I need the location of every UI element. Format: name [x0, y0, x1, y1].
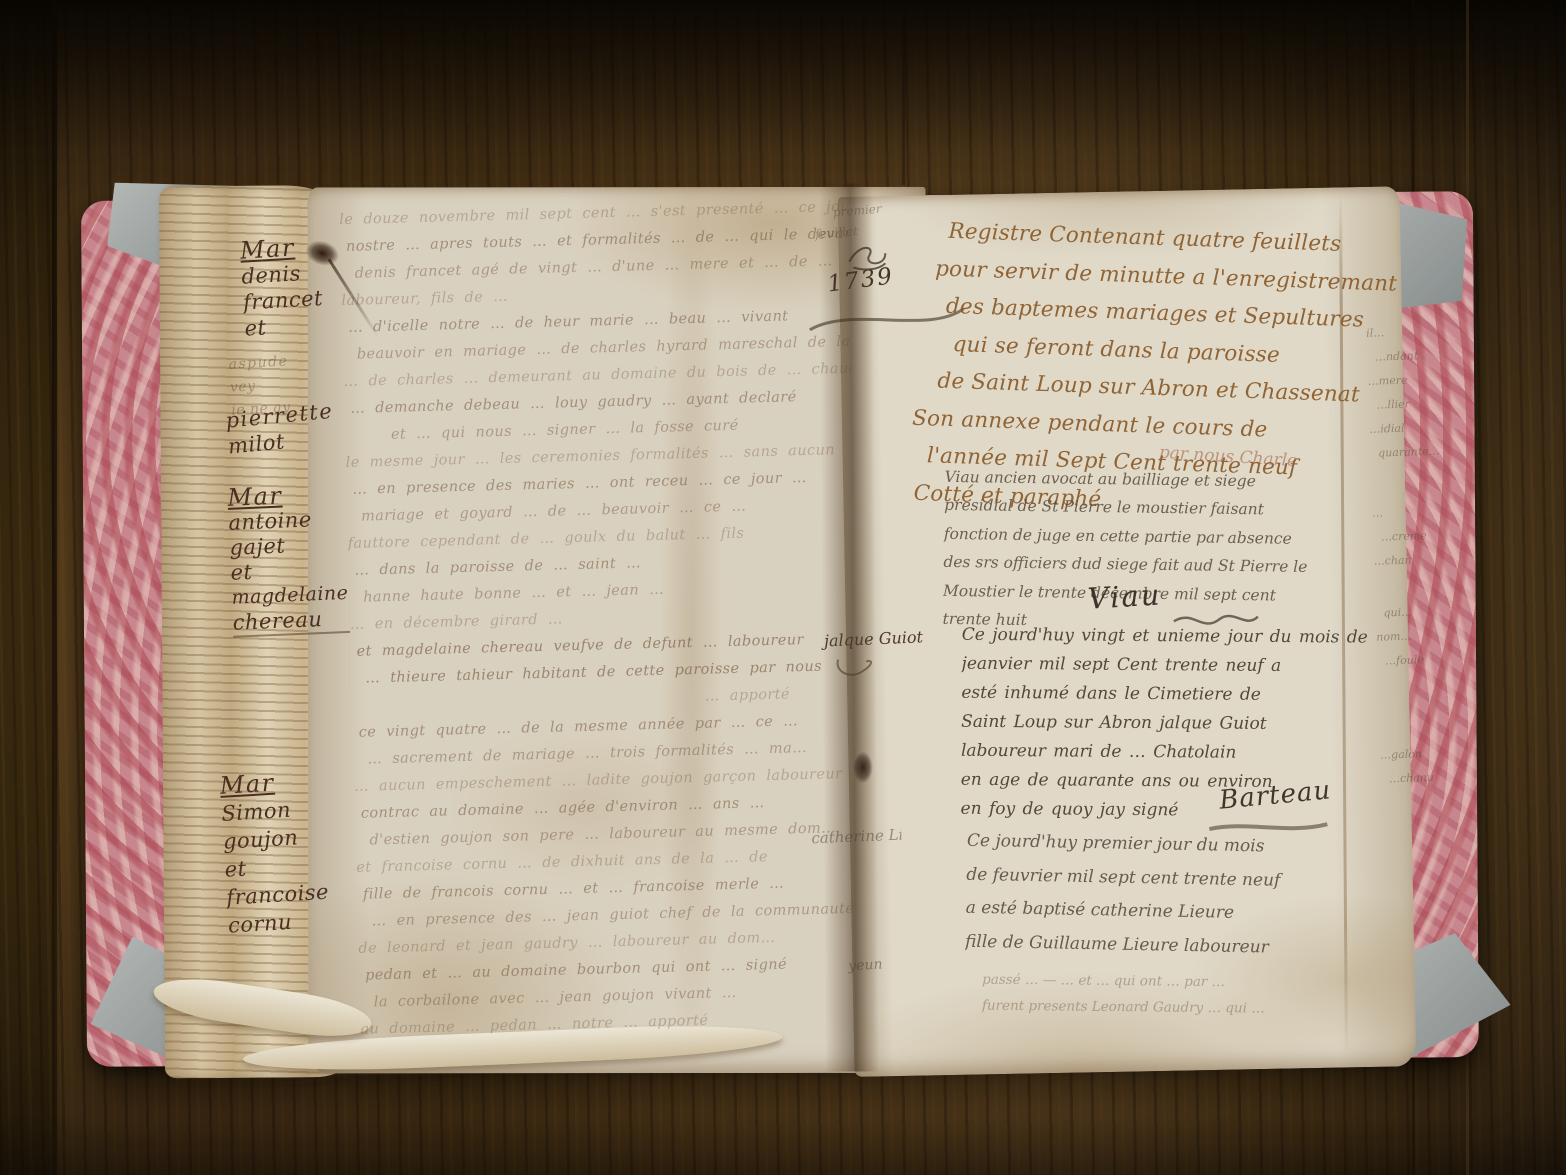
burial-line: laboureur mari de … Chatolain — [961, 737, 1421, 769]
edge-fragment-line: …foule — [1385, 647, 1450, 673]
edge-fragment-line: …mere — [1367, 368, 1440, 394]
bottom-margin-note: yeun — [848, 956, 883, 974]
faint-line: furent presents Leonard Gaudry … qui … — [982, 993, 1462, 1024]
margin-entry-line: et — [244, 311, 325, 342]
baptism-margin-note: catherine Lieure — [811, 826, 902, 848]
edge-fragment-line: …idial — [1369, 415, 1442, 441]
margin-entry-line: aspude — [228, 350, 289, 377]
burial-line: Saint Loup sur Abron jalque Guiot — [961, 708, 1421, 740]
edge-fragment-line: …chanu — [1389, 765, 1454, 791]
margin-entry-gajet-chereau: Marantoinegajetetmagdelainechereau — [227, 481, 350, 638]
faint-closing-lines: passé … — … et … qui ont … par …furent p… — [982, 967, 1463, 1024]
burial-line: jeanvier mil sept Cent trente neuf a — [961, 650, 1421, 682]
edge-fragment-line: …chan — [1373, 547, 1446, 573]
viau-signature: Viau — [1087, 577, 1163, 615]
burial-line: en age de quarante ans ou environ — [961, 766, 1421, 798]
margin-entry-line: magdelaine — [231, 581, 349, 611]
edge-fragment-line: …creme — [1381, 523, 1446, 549]
margin-entry-line: chereau — [232, 606, 350, 638]
baptism-entry: Ce jourd'huy premier jour du moisde feuv… — [965, 825, 1419, 968]
margin-entry-goujon-cornu: MarSimongoujonetfrancoisecornu — [219, 766, 331, 940]
edge-fragment-line: …ndant — [1375, 344, 1440, 370]
edge-fragment-line: qui… — [1383, 599, 1448, 625]
margin-entry-line: francet — [242, 285, 323, 316]
edge-fragment-line: …llier — [1376, 391, 1441, 417]
plank-seam — [52, 0, 57, 1175]
register-book: Mardenisfrancetet aspudeveyie ne ay pier… — [77, 173, 1487, 1103]
edge-fragment-line: nom… — [1376, 623, 1449, 649]
folio-year: 1739 — [826, 263, 895, 297]
edge-fragment-line: il… — [1366, 320, 1439, 346]
folio-note: feuillet — [815, 224, 859, 241]
burial-line: en foy de quoy jay signé — [960, 795, 1420, 827]
plank-seam — [902, 0, 905, 185]
edge-fragment-line: … — [1372, 499, 1445, 525]
edge-fragment-line: quarante… — [1378, 439, 1443, 465]
manuscript-photo: Mardenisfrancetet aspudeveyie ne ay pier… — [0, 0, 1566, 1175]
folio-note: premier — [833, 202, 883, 220]
edge-fragment-line: …galon — [1380, 741, 1453, 767]
margin-entry-pierrette-milot: pierrettemilot — [224, 398, 336, 460]
left-page-body: le douze novembre mil sept cent … s'est … — [339, 194, 869, 1044]
underline-swash-icon — [808, 299, 968, 340]
burial-line: Ce jourd'huy vingt et unieme jour du moi… — [962, 621, 1422, 653]
paraph-flourish-icon — [832, 655, 878, 681]
burial-entry: Ce jourd'huy vingt et unieme jour du moi… — [960, 621, 1421, 827]
burial-line: esté inhumé dans le Cimetiere de — [961, 679, 1421, 711]
